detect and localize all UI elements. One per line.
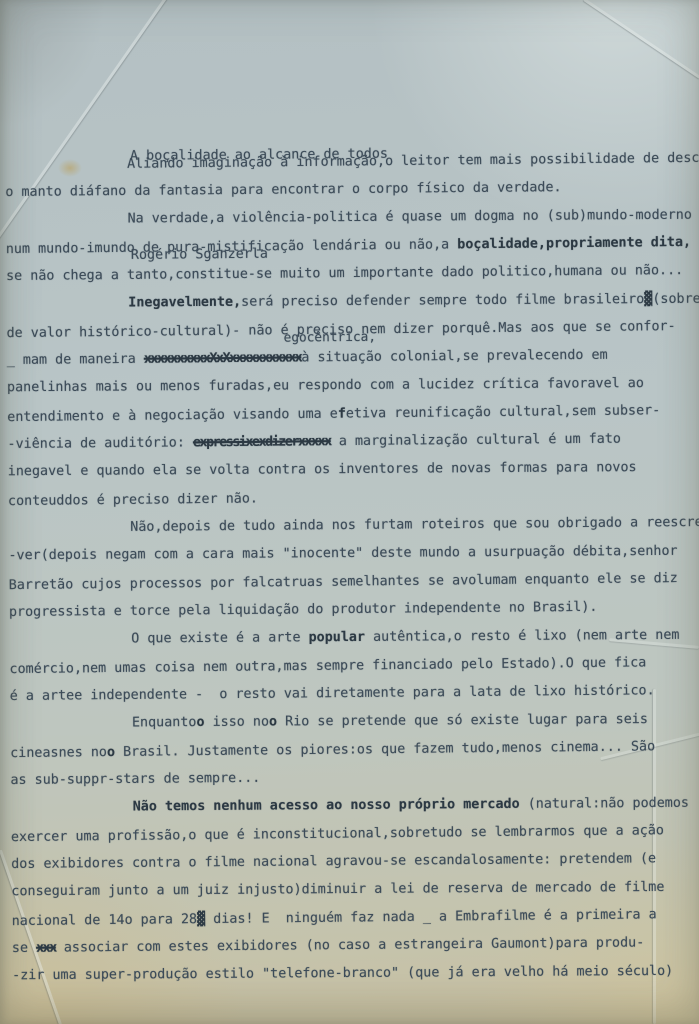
text-segment: (natural:não podemos [520,796,689,812]
text-segment: exercer uma profissão,o que é inconstitu… [11,823,664,845]
struck-out-text: expressixexdizerxxxxx [193,434,331,450]
text-segment: as sub-suppr-stars de sempre... [10,771,260,788]
text-segment: o [107,745,115,760]
text-segment: dos exibidores contra o filme nacional a… [11,851,656,872]
text-segment: etiva reunificação cultural,sem subser- [346,403,661,421]
text-segment: Aliando imaginação à informação,o leitor… [127,150,699,171]
text-segment: entendimento e à negociação visando uma … [7,407,338,425]
text-segment: é a artee independente - o resto vai dir… [10,683,655,704]
text-segment: -viência de auditório: [7,435,193,452]
text-segment: conseguiram junto a um juiz injusto)dimi… [11,880,664,899]
text-segment: cineasnes no [10,745,107,761]
text-segment: a marginalização cultural é um fato [331,432,621,450]
text-segment: -ver(depois negam com a cara mais "inoce… [8,544,677,563]
text-segment: comércio,nem umas coisa nem outra,mas se… [9,655,646,677]
text-segment: ▓ [644,292,652,307]
text-segment: -zir uma super-produção estilo "telefone… [12,964,673,983]
typewritten-line: -zir uma super-produção estilo "telefone… [12,958,699,991]
text-segment: conteuddos é preciso dizer não. [8,491,258,509]
typewritten-body: Aliando imaginação à informação,o leitor… [5,145,699,991]
text-segment: boçalidade,propriamente dita, [457,235,691,252]
text-segment: (sobretudo [652,291,699,307]
text-segment: popular [309,630,366,645]
text-segment: f [338,407,346,422]
text-segment: progressista e torce pela liquidação do … [9,600,598,620]
text-segment: Inegavelmente, [128,295,241,311]
text-segment: Enquanto [132,715,197,730]
text-segment: o manto diáfano da fantasia para encontr… [5,180,561,200]
text-segment: associar com estes exibidores (no caso a… [56,935,645,955]
text-segment: panelinhas mais ou menos furadas,eu resp… [7,376,644,395]
text-segment: dias! E ninguém faz nada _ a Embrafilme … [205,907,657,927]
struck-out-text: xxx [36,941,56,956]
text-segment: Barretão cujos processos por falcatruas … [9,571,678,593]
text-segment: autêntica,o resto é lixo (nem arte nem [365,628,680,645]
text-segment: Rio se pretende que só existe lugar para… [277,712,648,729]
text-segment: isso no [204,715,269,730]
text-segment: Não,depois de tudo ainda nos furtam rote… [130,515,699,535]
text-segment: se [12,941,36,956]
text-segment: Brasil. Justamente os piores:os que faze… [115,739,655,760]
struck-out-text: xxxxxxxxxxXxXxxxxxxxxxxx [144,350,302,366]
text-segment: se não chega a tanto,constitue-se muito … [6,263,683,284]
inserted-correction: egocêntrica, [284,330,377,346]
text-segment: o [269,714,277,729]
text-segment: _ mam de maneira [7,352,144,368]
typewritten-content: A boçalidade ao alcance de todos Rogério… [0,0,699,1024]
document-page: A boçalidade ao alcance de todos Rogério… [0,0,699,1024]
text-segment: inegavel e quando ela se volta contra os… [8,460,637,479]
text-segment: o [196,715,204,730]
text-segment: nacional de 14o para 28 [12,912,198,929]
text-segment: à situação colonial,se prevalecendo em [301,348,607,366]
text-segment: Na verdade,a violência-politica é quase … [127,208,699,227]
text-segment: Não temos nenhum acesso ao nosso próprio… [133,797,520,815]
text-segment: O que existe é a arte [131,630,308,646]
text-segment: ▓ [197,912,205,927]
text-segment: num mundo-imundo de pura-mistificação le… [6,237,458,257]
text-segment: será preciso defender sempre todo filme … [241,292,644,310]
